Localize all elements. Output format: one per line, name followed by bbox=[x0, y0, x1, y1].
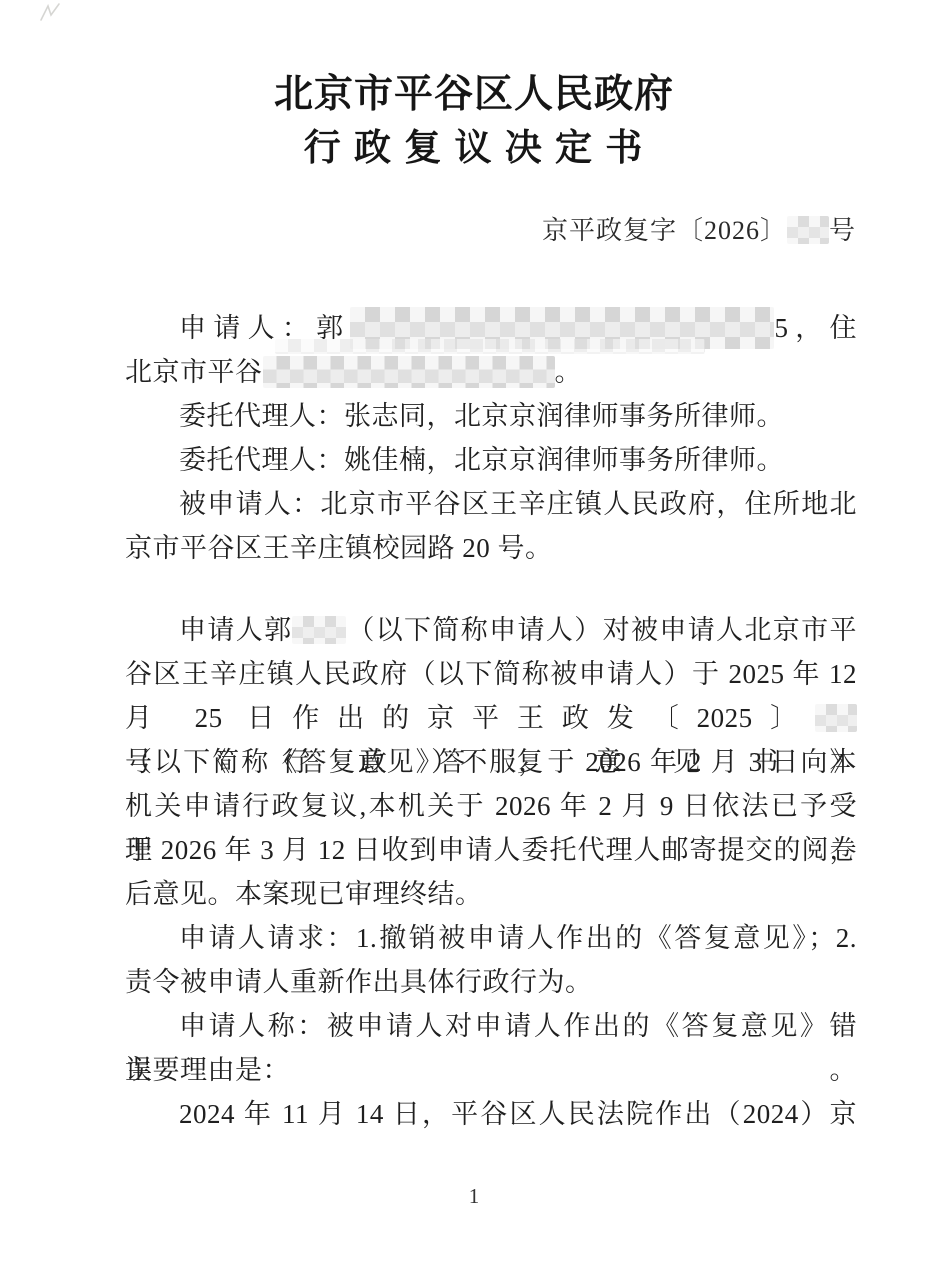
page-number: 1 bbox=[0, 1184, 948, 1209]
body-text: 。 bbox=[555, 357, 583, 387]
body-line: 后意见。本案现已审理终结。 bbox=[125, 872, 857, 916]
body-line: 谷区王辛庄镇人民政府（以下简称被申请人）于 2025 年 12 bbox=[125, 652, 857, 696]
body-line: 月 25 日作出的京平王政发〔2025〕号《行政答复意见书》 bbox=[125, 696, 857, 740]
body-line: 北京市平谷。 bbox=[125, 350, 857, 394]
document-number-suffix: 号 bbox=[829, 216, 856, 245]
body-line: （以下简称《答复意见》）不服，于 2026 年 2 月 3 日向本 bbox=[125, 740, 857, 784]
document-title-line2: 行 政 复 议 决 定 书 bbox=[0, 129, 948, 170]
body-line: 责令被申请人重新作出具体行政行为。 bbox=[125, 960, 857, 1004]
body-line: 被申请人：北京市平谷区王辛庄镇人民政府，住所地北 bbox=[125, 482, 857, 526]
body-line: 主要理由是： bbox=[125, 1048, 857, 1092]
body-line: 申请人请求：1.撤销被申请人作出的《答复意见》；2. bbox=[125, 916, 857, 960]
redaction-mosaic bbox=[263, 356, 555, 388]
redaction-mosaic bbox=[815, 704, 857, 732]
body-line: 机关申请行政复议,本机关于 2026 年 2 月 9 日依法已予受理， bbox=[125, 784, 857, 828]
body-text: 后意见。本案现已审理终结。 bbox=[125, 879, 483, 909]
body-text: 月 25 日作出的京平王政发〔2025〕 bbox=[125, 703, 815, 733]
document-body: 申请人：郭5，住北京市平谷。委托代理人：张志同，北京京润律师事务所律师。委托代理… bbox=[125, 306, 857, 1136]
pencil-scribble-icon bbox=[38, 2, 64, 24]
body-text: 2024 年 11 月 14 日，平谷区人民法院作出（2024）京 bbox=[179, 1099, 857, 1129]
document-header: 北京市平谷区人民政府 行 政 复 议 决 定 书 bbox=[0, 0, 948, 170]
document-number-prefix: 京平政复字〔2026〕 bbox=[542, 216, 787, 245]
redaction-mosaic bbox=[787, 216, 829, 244]
body-text: （以下简称申请人）对被申请人北京市平 bbox=[346, 615, 857, 645]
body-line: 申请人称：被申请人对申请人作出的《答复意见》错误。 bbox=[125, 1004, 857, 1048]
body-text: 委托代理人：姚佳楠，北京京润律师事务所律师。 bbox=[179, 445, 784, 475]
body-line: 委托代理人：姚佳楠，北京京润律师事务所律师。 bbox=[125, 438, 857, 482]
body-text: （以下简称《答复意见》）不服，于 2026 年 2 月 3 日向本 bbox=[125, 747, 857, 777]
body-text: 委托代理人：张志同，北京京润律师事务所律师。 bbox=[179, 401, 784, 431]
body-line: 委托代理人：张志同，北京京润律师事务所律师。 bbox=[125, 394, 857, 438]
scanned-document-page: 北京市平谷区人民政府 行 政 复 议 决 定 书 京平政复字〔2026〕号 申请… bbox=[0, 0, 948, 1263]
body-line: 于 2026 年 3 月 12 日收到申请人委托代理人邮寄提交的阅卷 bbox=[125, 828, 857, 872]
body-text: 申请人郭 bbox=[179, 615, 292, 645]
body-line: 京市平谷区王辛庄镇校园路 20 号。 bbox=[125, 526, 857, 570]
body-text: 主要理由是： bbox=[125, 1055, 290, 1085]
body-text: 于 2026 年 3 月 12 日收到申请人委托代理人邮寄提交的阅卷 bbox=[125, 835, 857, 865]
document-title-line1: 北京市平谷区人民政府 bbox=[0, 74, 948, 117]
body-text: 责令被申请人重新作出具体行政行为。 bbox=[125, 967, 593, 997]
body-text: 北京市平谷 bbox=[125, 357, 263, 387]
body-text: 申请人请求：1.撤销被申请人作出的《答复意见》；2. bbox=[179, 923, 857, 953]
document-number: 京平政复字〔2026〕号 bbox=[0, 210, 948, 247]
body-text: 谷区王辛庄镇人民政府（以下简称被申请人）于 2025 年 12 bbox=[125, 659, 857, 689]
body-text: 5，住 bbox=[774, 313, 857, 343]
body-text: 京市平谷区王辛庄镇校园路 20 号。 bbox=[125, 533, 553, 563]
paragraph-gap bbox=[125, 570, 857, 608]
body-text: 被申请人：北京市平谷区王辛庄镇人民政府，住所地北 bbox=[179, 489, 857, 519]
redaction-mosaic bbox=[292, 616, 346, 644]
body-line: 申请人郭（以下简称申请人）对被申请人北京市平 bbox=[125, 608, 857, 652]
body-line: 2024 年 11 月 14 日，平谷区人民法院作出（2024）京 bbox=[125, 1092, 857, 1136]
body-line: 申请人：郭5，住 bbox=[125, 306, 857, 350]
